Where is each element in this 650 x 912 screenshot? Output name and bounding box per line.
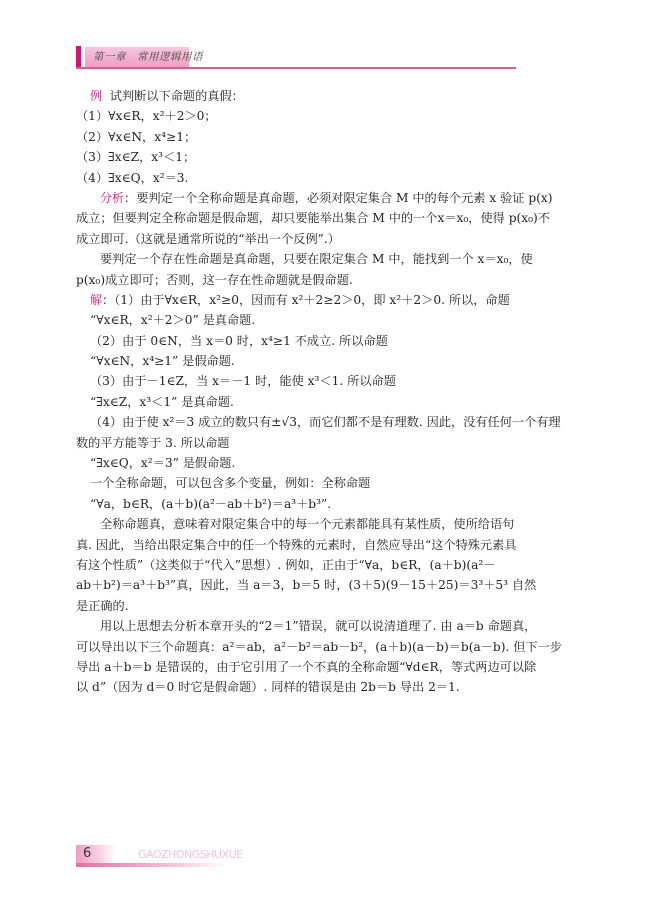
running-footer: 6 GAOZHONGSHUXUE	[76, 845, 326, 869]
solution-line: 解：（1）由于∀x∈R，x²≥0，因而有 x²＋2≥2＞0，即 x²＋2＞0. …	[76, 290, 592, 310]
example-label: 例	[90, 89, 102, 103]
paragraph-line: 有这个性质”（这类似于“代入”思想）. 例如，正由于“∀a，b∈R，(a＋b)(…	[76, 555, 592, 575]
solution-line: （2）由于 0∈N，当 x＝0 时，x⁴≥1 不成立. 所以命题	[76, 331, 592, 351]
header-accent-bar	[76, 46, 81, 69]
solution-line: “∀x∈R，x²＋2＞0” 是真命题.	[76, 310, 592, 330]
solution-line: “∃x∈Z，x³＜1” 是真命题.	[76, 392, 592, 412]
footer-brand: GAOZHONGSHUXUE	[138, 848, 243, 861]
solution-line: （3）由于－1∈Z，当 x＝－1 时，能使 x³＜1. 所以命题	[76, 371, 592, 391]
example-heading: 例 试判断以下命题的真假：	[76, 86, 592, 106]
analysis-text: ：要判定一个全称命题是真命题，必须对限定集合 M 中的每个元素 x 验证 p(x…	[124, 191, 553, 205]
paragraph-line: 全称命题真，意味着对限定集合中的每一个元素都能具有某性质，使所给语句	[76, 514, 592, 534]
example-item: （4）∃x∈Q，x²＝3.	[76, 168, 592, 188]
analysis-line: 成立；但要判定全称命题是假命题，却只要能举出集合 M 中的一个x＝x₀，使得 p…	[76, 208, 592, 228]
analysis-line: 要判定一个存在性命题是真命题，只要在限定集合 M 中，能找到一个 x＝x₀，使	[76, 249, 592, 269]
chapter-title: 第一章 常用逻辑用语	[93, 49, 203, 64]
page-number-badge: 6	[76, 845, 116, 863]
paragraph-line: ab＋b²)＝a³＋b³”真，因此，当 a＝3，b＝5 时，(3＋5)(9－15…	[76, 575, 592, 595]
paragraph-line: 可以导出以下三个命题真：a²＝ab，a²－b²＝ab－b²，(a＋b)(a－b)…	[76, 637, 592, 657]
header-rule	[76, 67, 516, 69]
solution-text: ：（1）由于∀x∈R，x²≥0，因而有 x²＋2≥2＞0，即 x²＋2＞0. 所…	[102, 293, 510, 307]
solution-line: “∀x∈N，x⁴≥1” 是假命题.	[76, 351, 592, 371]
example-item: （1）∀x∈R，x²＋2＞0；	[76, 106, 592, 126]
paragraph-line: 导出 a＋b＝b 是错误的，由于它引用了一个不真的全称命题“∀d∈R，等式两边可…	[76, 657, 592, 677]
page-body: 例 试判断以下命题的真假： （1）∀x∈R，x²＋2＞0； （2）∀x∈N，x⁴…	[76, 86, 592, 698]
example-item: （3）∃x∈Z，x³＜1；	[76, 147, 592, 167]
solution-line: 数的平方能等于 3. 所以命题	[76, 433, 592, 453]
solution-line: （4）由于使 x²＝3 成立的数只有±√3，而它们都不是有理数. 因此，没有任何…	[76, 412, 592, 432]
solution-label: 解	[90, 293, 102, 307]
paragraph-line: 是正确的.	[76, 596, 592, 616]
analysis-label: 分析	[100, 191, 124, 205]
solution-line: “∃x∈Q，x²＝3” 是假命题.	[76, 453, 592, 473]
header-tab: 第一章 常用逻辑用语	[85, 47, 189, 67]
footer-rule	[76, 863, 226, 867]
solution-line: “∀a，b∈R，(a＋b)(a²－ab＋b²)＝a³＋b³”.	[76, 494, 592, 514]
example-prompt: 试判断以下命题的真假：	[110, 89, 244, 103]
page-number: 6	[83, 846, 91, 861]
analysis-line: 成立即可.（这就是通常所说的“举出一个反例”.）	[76, 229, 592, 249]
running-header: 第一章 常用逻辑用语	[76, 46, 516, 68]
paragraph-line: 真. 因此，当给出限定集合中的任一个特殊的元素时，自然应导出“这个特殊元素具	[76, 535, 592, 555]
analysis-line: p(x₀)成立即可；否则，这一存在性命题就是假命题.	[76, 270, 592, 290]
solution-line: 一个全称命题，可以包含多个变量，例如：全称命题	[76, 473, 592, 493]
analysis-line: 分析：要判定一个全称命题是真命题，必须对限定集合 M 中的每个元素 x 验证 p…	[76, 188, 592, 208]
example-item: （2）∀x∈N，x⁴≥1；	[76, 127, 592, 147]
paragraph-line: 以 d”（因为 d＝0 时它是假命题）. 同样的错误是由 2b＝b 导出 2＝1…	[76, 677, 592, 697]
paragraph-line: 用以上思想去分析本章开头的“2＝1”错误，就可以说清道理了. 由 a＝b 命题真…	[76, 616, 592, 636]
